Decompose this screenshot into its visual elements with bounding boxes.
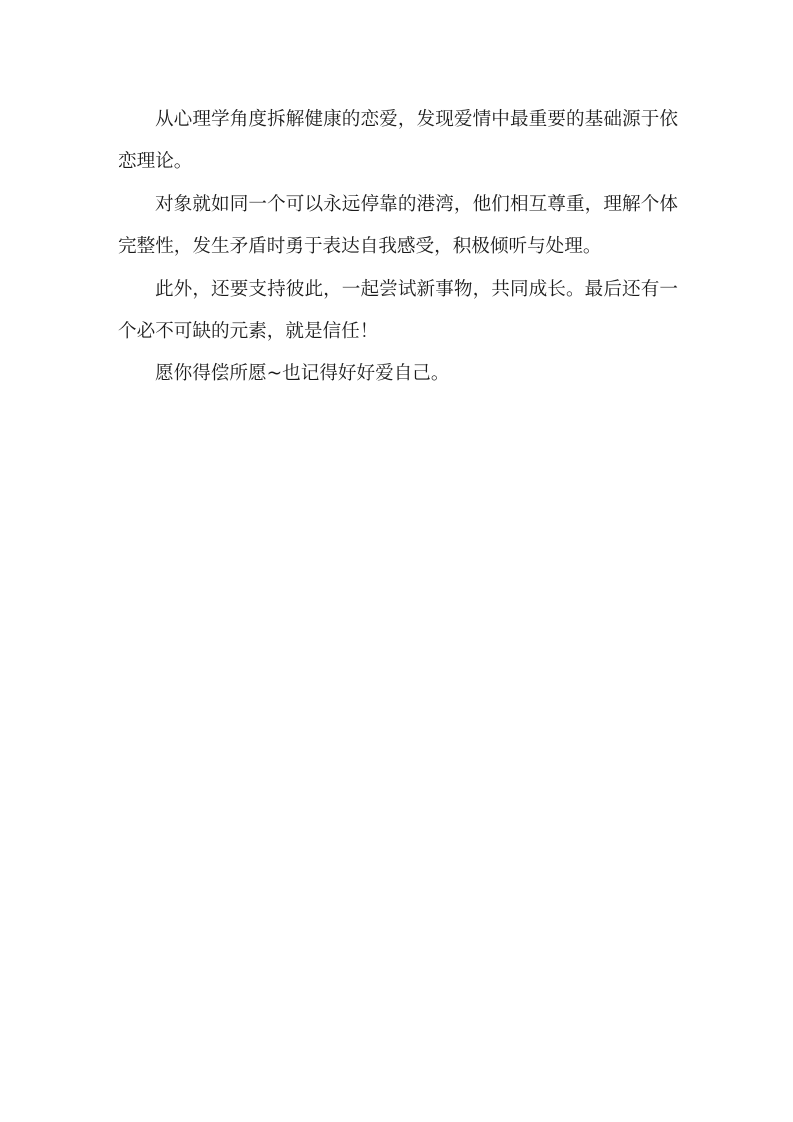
- paragraph-closing-wish: 愿你得偿所愿~也记得好好爱自己。: [118, 353, 678, 395]
- document-page: 从心理学角度拆解健康的恋爱，发现爱情中最重要的基础源于依恋理论。 对象就如同一个…: [118, 99, 678, 396]
- paragraph-attachment-theory: 从心理学角度拆解健康的恋爱，发现爱情中最重要的基础源于依恋理论。: [118, 99, 678, 184]
- paragraph-harbor-respect: 对象就如同一个可以永远停靠的港湾，他们相互尊重，理解个体完整性，发生矛盾时勇于表…: [118, 184, 678, 269]
- paragraph-support-trust: 此外，还要支持彼此，一起尝试新事物，共同成长。最后还有一个必不可缺的元素，就是信…: [118, 269, 678, 354]
